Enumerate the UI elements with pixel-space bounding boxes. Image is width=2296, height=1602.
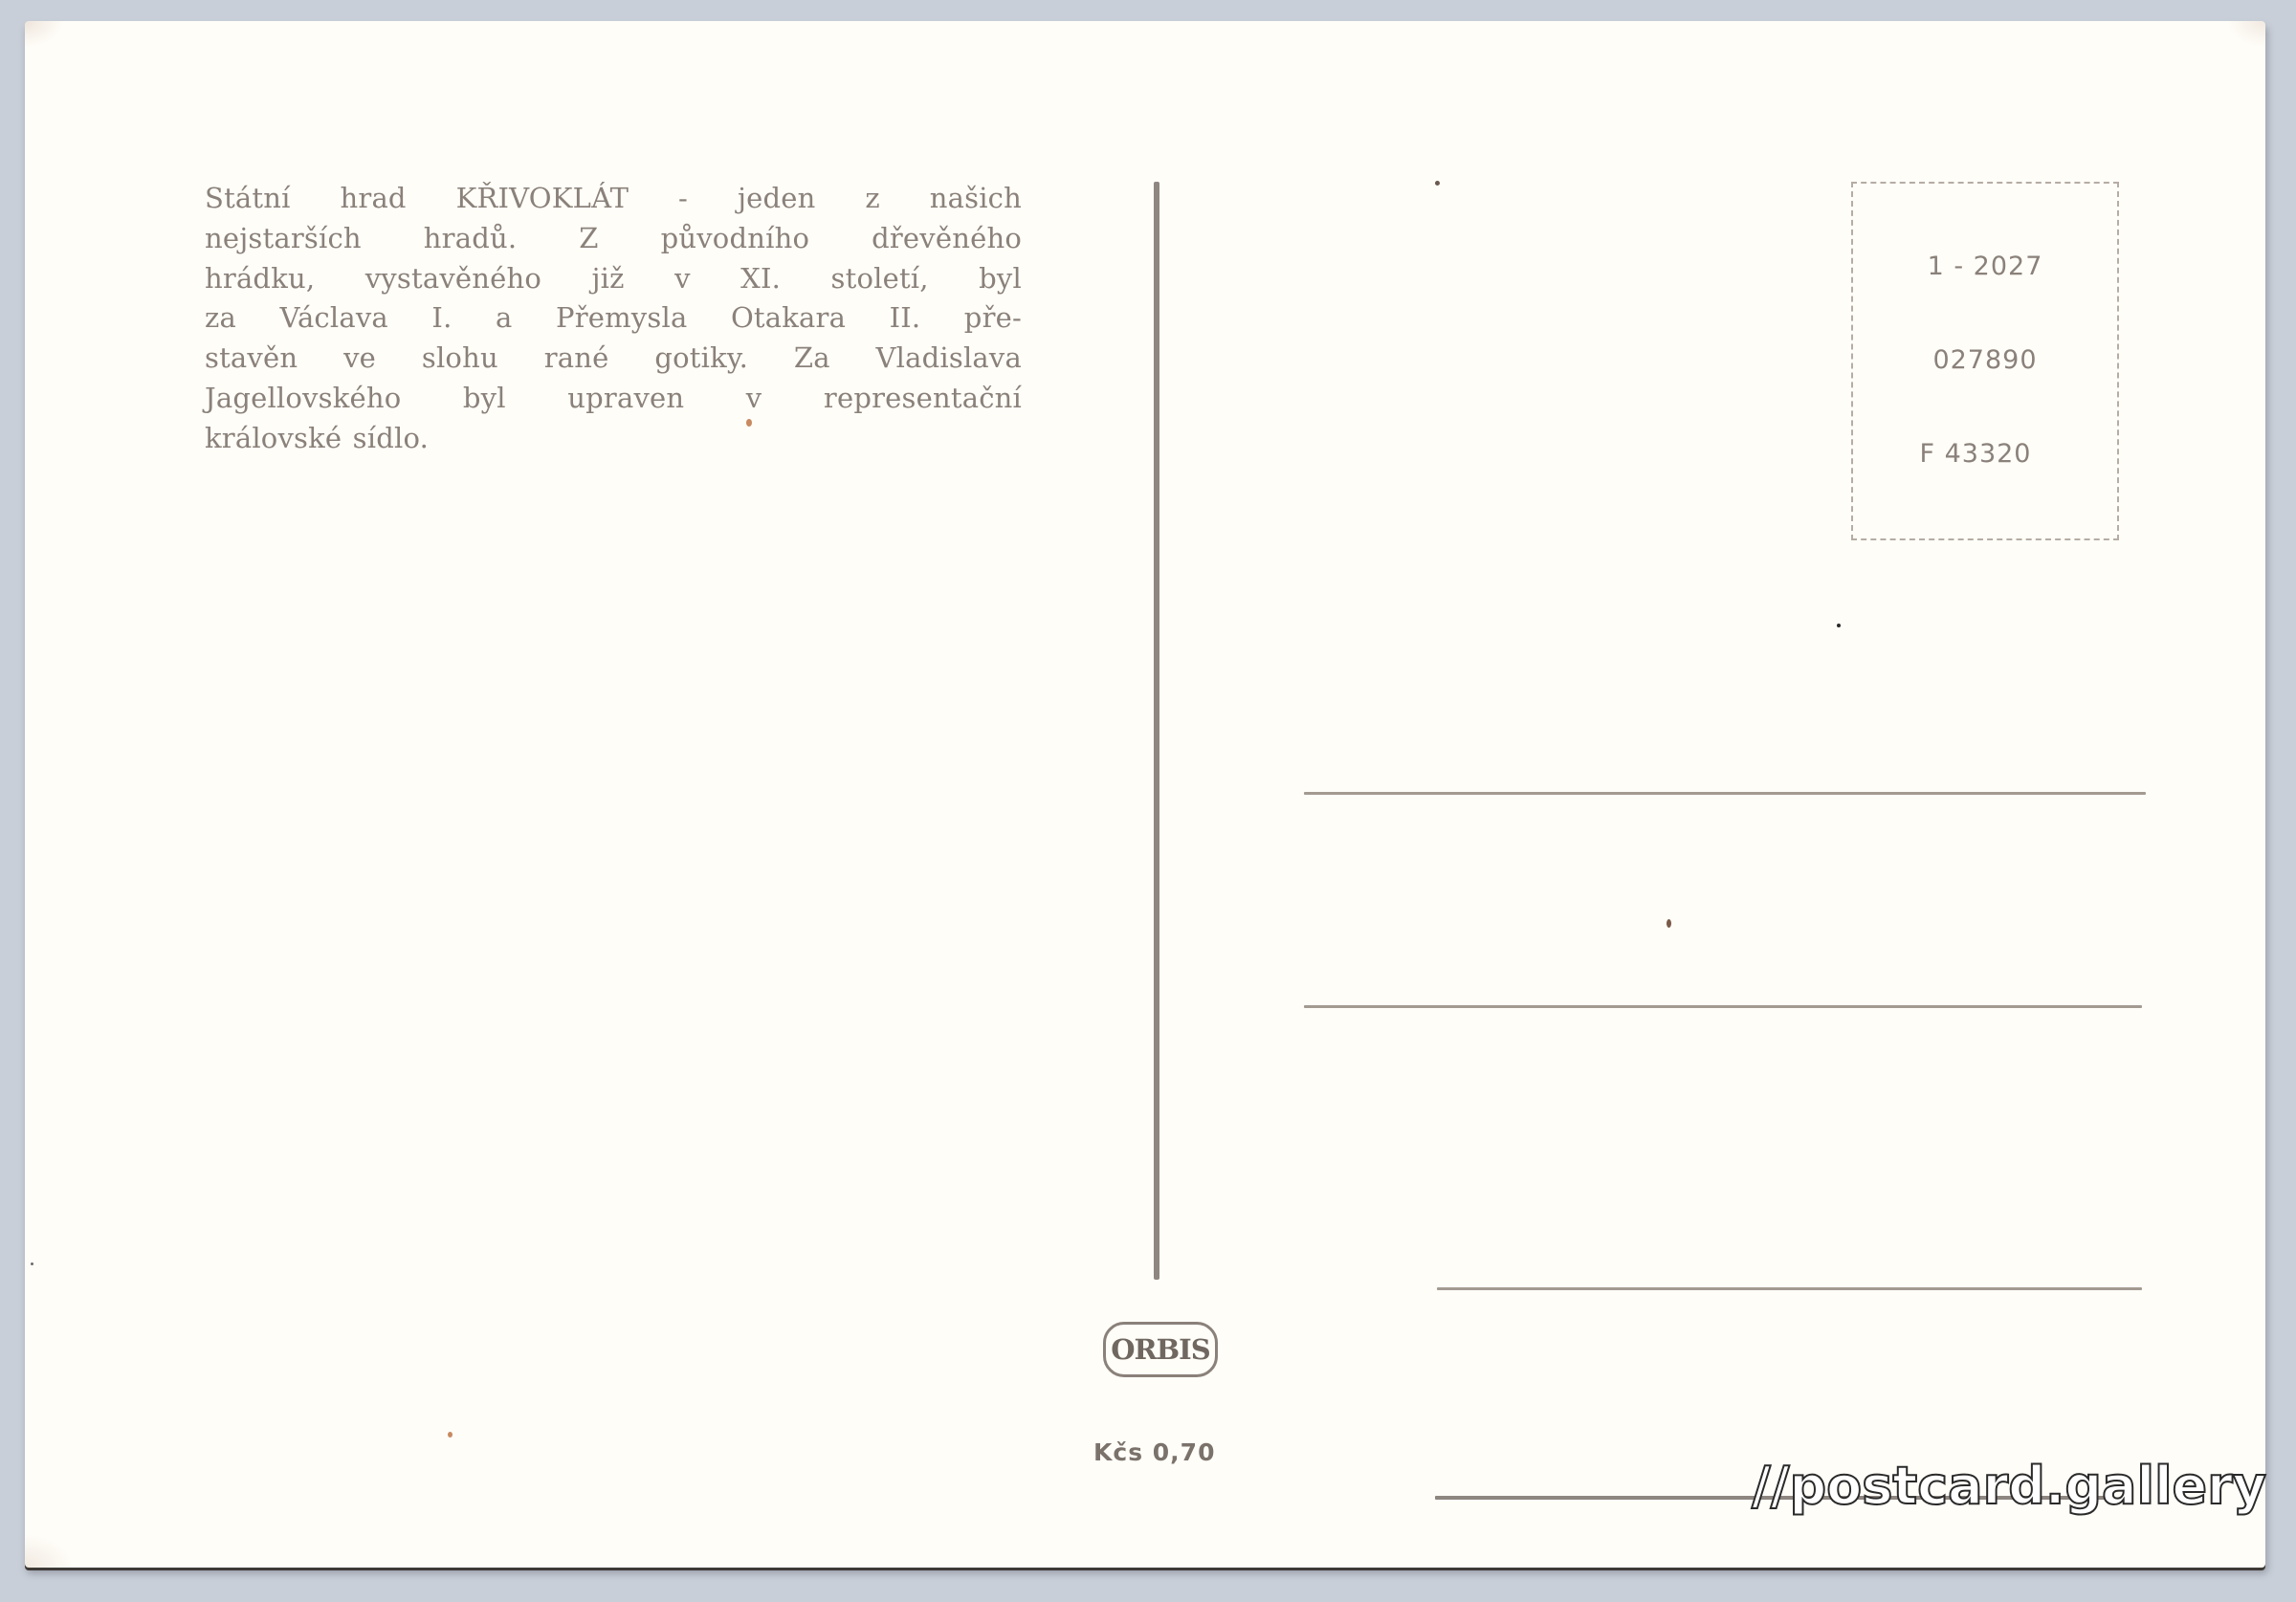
paper-speck: [448, 1432, 453, 1437]
address-line: [1304, 1005, 2142, 1008]
stamp-code-2: 027890: [1853, 345, 2117, 375]
paper-speck: [1435, 181, 1440, 186]
description-line: stavěn ve slohu rané gotiky. Za Vladisla…: [205, 339, 1022, 379]
description-line: Státní hrad KŘIVOKLÁT - jeden z našich: [205, 179, 1022, 219]
address-line: [1304, 792, 2146, 795]
description-line: Jagellovského byl upraven v representačn…: [205, 379, 1022, 419]
center-divider-line: [1154, 182, 1159, 1280]
description-line: královské sídlo.: [205, 419, 1022, 459]
stamp-code-1: 1 - 2027: [1853, 252, 2117, 281]
castle-description: Státní hrad KŘIVOKLÁT - jeden z našich n…: [205, 179, 1022, 459]
postcard-back: Státní hrad KŘIVOKLÁT - jeden z našich n…: [25, 21, 2265, 1568]
description-line: hrádku, vystavěného již v XI. století, b…: [205, 259, 1022, 299]
price-label: Kčs 0,70: [1093, 1438, 1232, 1466]
description-line: za Václava I. a Přemysla Otakara II. pře…: [205, 298, 1022, 339]
watermark: //postcard.gallery: [1752, 1460, 2266, 1512]
address-line: [1437, 1287, 2142, 1290]
description-line: nejstarších hradů. Z původního dřevěného: [205, 219, 1022, 259]
stamp-code-3: F 43320: [1843, 439, 2108, 469]
publisher-logo: ORBIS: [1103, 1322, 1218, 1377]
paper-speck: [746, 419, 752, 427]
paper-speck: [1837, 624, 1841, 627]
paper-speck: [31, 1262, 33, 1265]
paper-speck: [1667, 919, 1671, 928]
stamp-box: 1 - 2027 027890 F 43320: [1851, 182, 2119, 540]
